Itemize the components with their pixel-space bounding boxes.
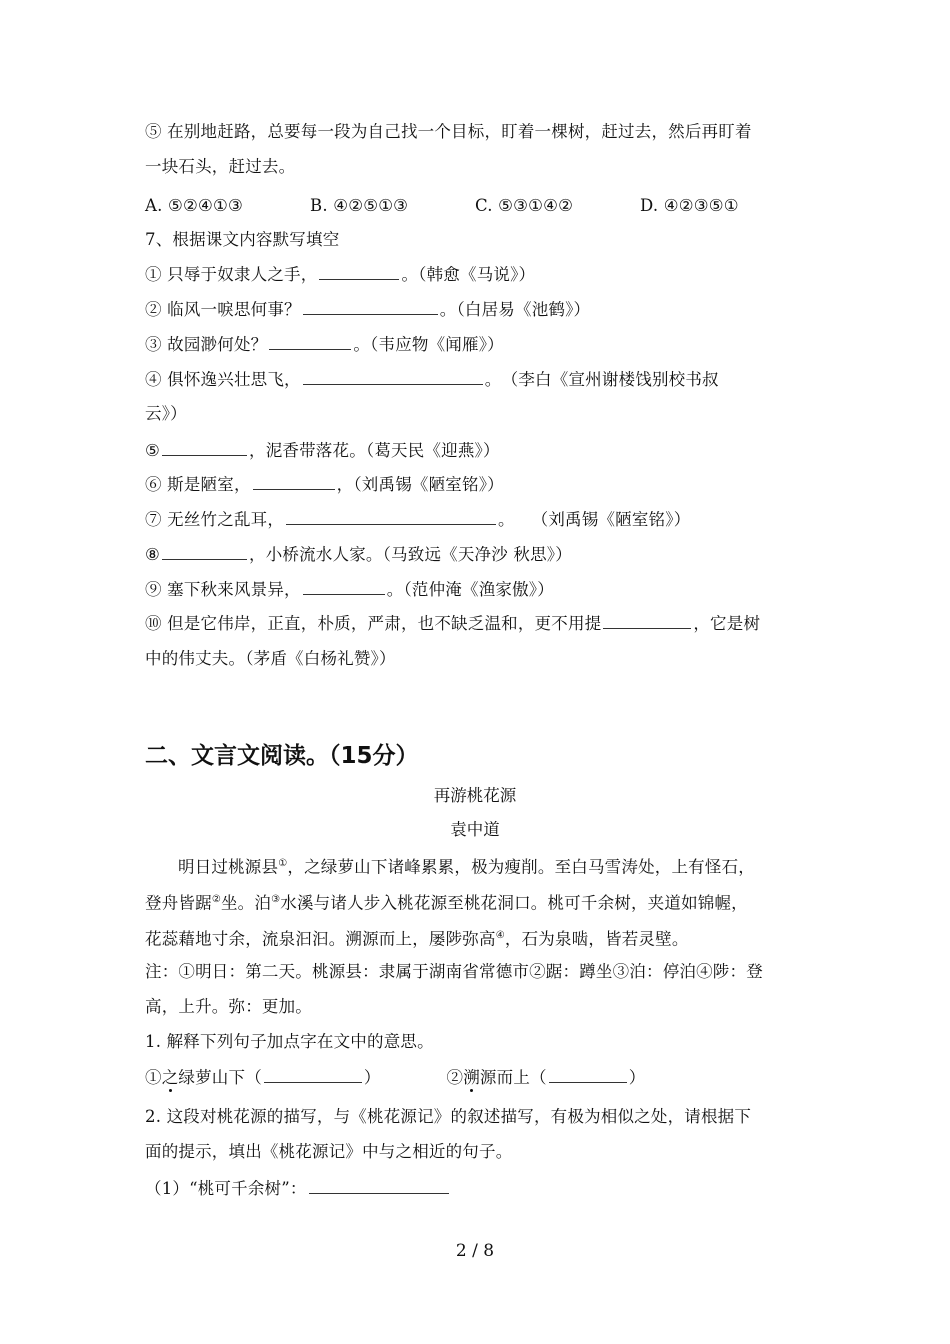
q7-item-9: ⑨ 塞下秋来风景异，。（范仲淹《渔家傲》） [145,578,815,601]
answer-blank[interactable] [162,439,247,456]
answer-blank[interactable] [319,263,399,280]
q7-item-1: ① 只辱于奴隶人之手，。（韩愈《马说》） [145,263,815,286]
footnote-ref: ① [278,858,287,869]
q7-item-7: ⑦ 无丝竹之乱耳，。 （刘禹锡《陋室铭》） [145,508,815,531]
q2-sub-1: （1）“桃可千余树”： [145,1177,815,1200]
q7-item-2: ② 临风一唳思何事？。（白居易《池鹤》） [145,298,815,321]
option-d: D. ④②③⑤① [640,195,805,217]
q7-item-4: ④ 俱怀逸兴壮思飞，。 （李白《宣州谢楼饯别校书叔 [145,368,815,391]
answer-blank[interactable] [549,1066,627,1083]
q2-line-2: 面的提示，填出《桃花源记》中与之相近的句子。 [145,1141,815,1163]
answer-blank[interactable] [309,1177,449,1194]
option-b: B. ④②⑤①③ [310,195,475,217]
q6-item5-line2: 一块石头，赶过去。 [145,156,815,178]
q1-title: 1. 解释下列句子加点字在文中的意思。 [145,1031,815,1053]
notes-line-1: 注：①明日：第二天。桃源县：隶属于湖南省常德市②踞：蹲坐③泊：停泊④陟：登 [145,961,815,983]
q7-item-10: ⑩ 但是它伟岸，正直，朴质，严肃，也不缺乏温和，更不用提，它是树 [145,612,815,635]
option-c: C. ⑤③①④② [475,195,640,217]
answer-blank[interactable] [303,578,385,595]
answer-blank[interactable] [286,508,496,525]
q2-line-1: 2. 这段对桃花源的描写，与《桃花源记》的叙述描写，有极为相似之处，请根据下 [145,1106,815,1128]
q1-items: ①之绿萝山下（） ②溯源而上（） [145,1066,815,1089]
passage-line-1: 明日过桃源县①，之绿萝山下诸峰累累，极为瘦削。至白马雪涛处，上有怪石， [178,853,848,879]
footnote-ref: ② [212,894,221,905]
answer-blank[interactable] [253,473,335,490]
q7-item-4-cont: 云》） [145,403,815,425]
q6-options: A. ⑤②④①③B. ④②⑤①③C. ⑤③①④②D. ④②③⑤① [145,195,815,217]
document-page: ⑤ 在别地赶路，总要每一段为自己找一个目标，盯着一棵树，赶过去，然后再盯着 一块… [0,0,950,1344]
q6-item5-line1: ⑤ 在别地赶路，总要每一段为自己找一个目标，盯着一棵树，赶过去，然后再盯着 [145,121,815,143]
answer-blank[interactable] [264,1066,362,1083]
q7-item-6: ⑥ 斯是陋室，，（刘禹锡《陋室铭》） [145,473,815,496]
answer-blank[interactable] [603,612,691,629]
answer-blank[interactable] [303,298,438,315]
answer-blank[interactable] [162,543,247,560]
dotted-char: 溯 [463,1068,480,1087]
q7-item-10-cont: 中的伟丈夫。（茅盾《白杨礼赞》） [145,648,815,670]
q7-title: 7、根据课文内容默写填空 [145,229,815,251]
notes-line-2: 高，上升。弥：更加。 [145,996,815,1018]
footnote-ref: ③ [271,894,280,905]
passage-title: 再游桃花源 [0,785,950,807]
option-a: A. ⑤②④①③ [145,195,310,217]
passage-line-3: 花蕊藉地寸余，流泉汩汩。溯源而上，屡陟弥高④，石为泉啮，皆若灵壁。 [145,925,815,951]
answer-blank[interactable] [269,333,351,350]
q7-item-5: ⑤，泥香带落花。（葛天民《迎燕》） [145,439,815,462]
passage-author: 袁中道 [0,819,950,841]
dotted-char: 之 [162,1068,179,1087]
passage-line-2: 登舟皆踞②坐。泊③水溪与诸人步入桃花源至桃花洞口。桃可千余树，夹道如锦幄， [145,889,815,915]
q7-item-3: ③ 故园渺何处？。（韦应物《闻雁》） [145,333,815,356]
page-number: 2 / 8 [0,1241,950,1261]
q7-item-8: ⑧，小桥流水人家。（马致远《天净沙 秋思》） [145,543,815,566]
footnote-ref: ④ [496,930,505,941]
section-heading: 二、文言文阅读。（15分） [145,741,419,771]
answer-blank[interactable] [303,368,483,385]
